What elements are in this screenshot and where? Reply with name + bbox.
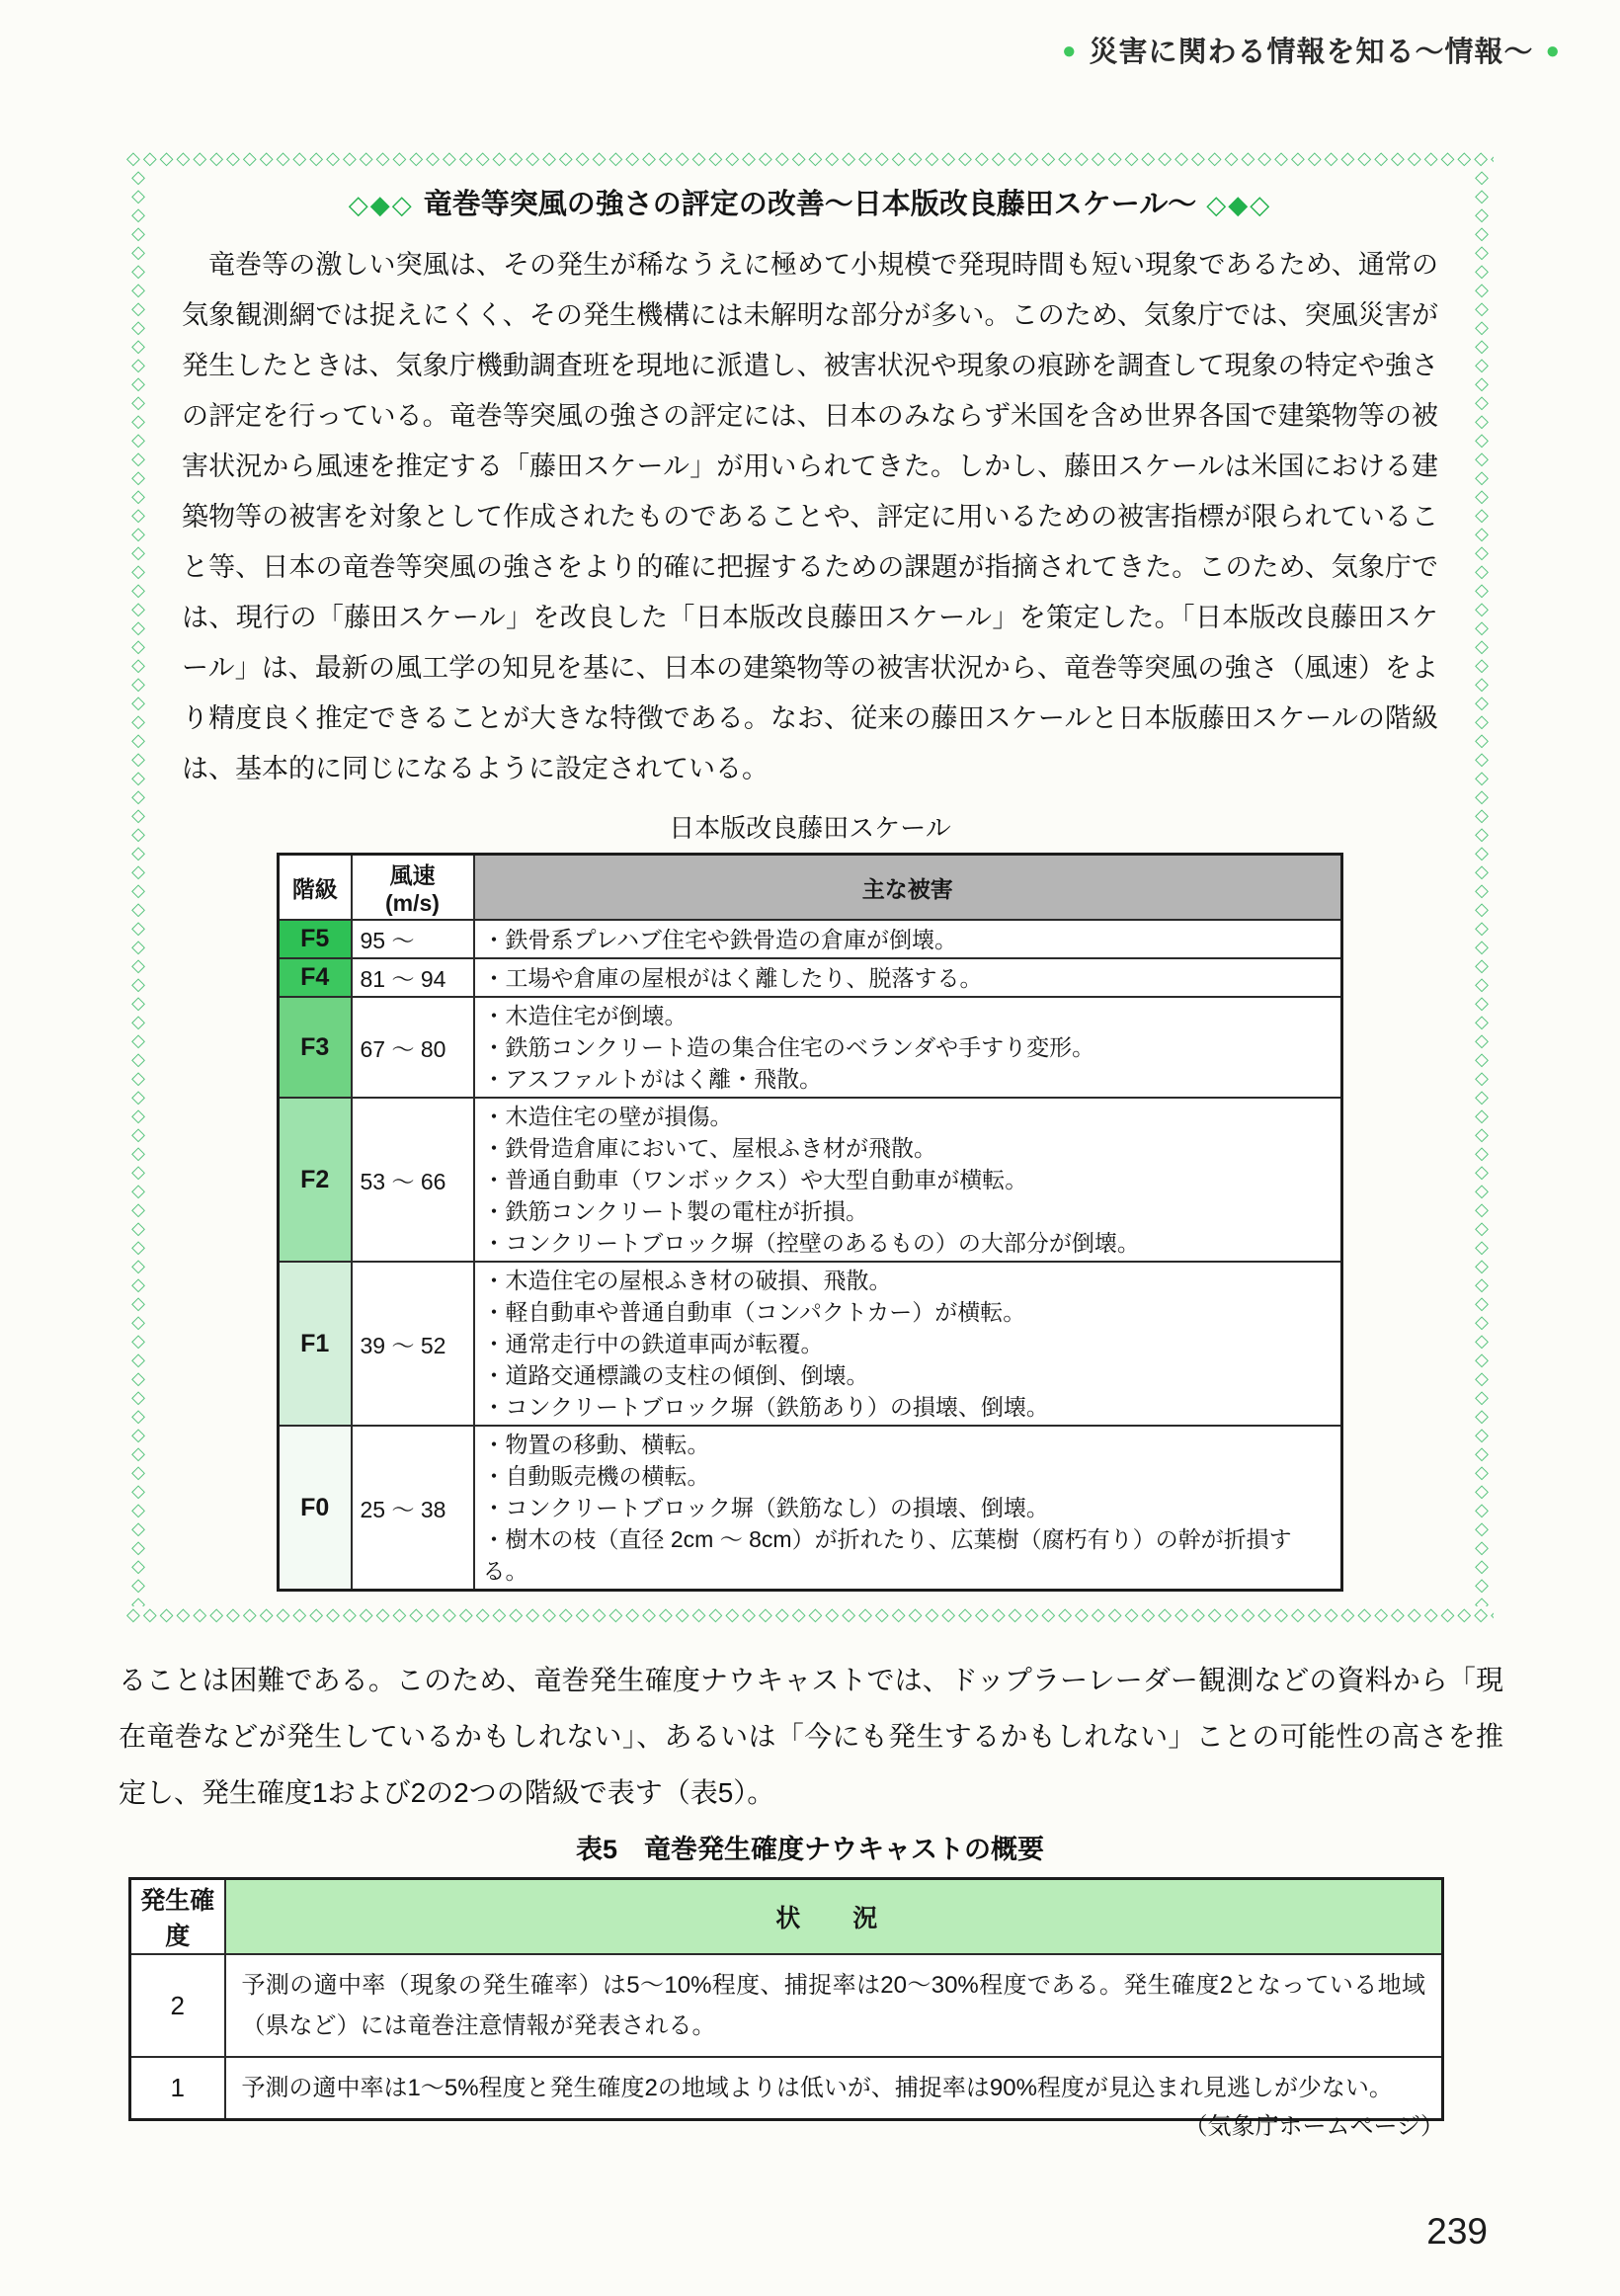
damage-cell: ・木造住宅の屋根ふき材の破損、飛散。・軽自動車や普通自動車（コンパクトカー）が横…: [474, 1262, 1342, 1426]
fujita-table-caption: 日本版改良藤田スケール: [182, 808, 1438, 845]
page-header: ●災害に関わる情報を知る～情報～●: [0, 30, 1573, 70]
grade-cell: F0: [279, 1426, 352, 1591]
frame-border-bottom: ◇◇◇◇◇◇◇◇◇◇◇◇◇◇◇◇◇◇◇◇◇◇◇◇◇◇◇◇◇◇◇◇◇◇◇◇◇◇◇◇…: [126, 1604, 1494, 1626]
damage-cell: ・物置の移動、横転。・自動販売機の横転。・コンクリートブロック塀（鉄筋なし）の損…: [474, 1426, 1342, 1591]
fujita-header-row: 階級 風速 (m/s) 主な被害: [279, 855, 1342, 921]
nowcast-table-row: 2予測の適中率（現象の発生確率）は5～10%程度、捕捉率は20～30%程度である…: [130, 1954, 1443, 2057]
grade-cell: F1: [279, 1262, 352, 1426]
damage-cell: ・鉄骨系プレハブ住宅や鉄骨造の倉庫が倒壊。: [474, 920, 1342, 958]
wind-speed-cell: 53 ～ 66: [352, 1098, 474, 1262]
fujita-table-row: F253 ～ 66・木造住宅の壁が損傷。・鉄骨造倉庫において、屋根ふき材が飛散。…: [279, 1098, 1342, 1262]
diamond-decor-icon: ◇◆◇: [349, 190, 414, 219]
frame-border-right: ◇◇◇◇◇◇◇◇◇◇◇◇◇◇◇◇◇◇◇◇◇◇◇◇◇◇◇◇◇◇◇◇◇◇◇◇◇◇◇◇…: [1470, 168, 1494, 1606]
damage-cell: ・工場や倉庫の屋根がはく離したり、脱落する。: [474, 958, 1342, 997]
probability-level-cell: 2: [130, 1954, 225, 2057]
box-title-text: 竜巻等突風の強さの評定の改善～日本版改良藤田スケール～: [424, 189, 1196, 220]
fujita-table-row: F025 ～ 38・物置の移動、横転。・自動販売機の横転。・コンクリートブロック…: [279, 1426, 1342, 1591]
fujita-scale-table: 階級 風速 (m/s) 主な被害 F595 ～・鉄骨系プレハブ住宅や鉄骨造の倉庫…: [277, 853, 1343, 1592]
page-number: 239: [1426, 2211, 1488, 2253]
header-wind-speed: 風速 (m/s): [352, 855, 474, 921]
grade-cell: F5: [279, 920, 352, 958]
decorative-diamond-frame: ◇◇◇◇◇◇◇◇◇◇◇◇◇◇◇◇◇◇◇◇◇◇◇◇◇◇◇◇◇◇◇◇◇◇◇◇◇◇◇◇…: [126, 148, 1494, 1626]
status-cell: 予測の適中率（現象の発生確率）は5～10%程度、捕捉率は20～30%程度である。…: [225, 1954, 1443, 2057]
fujita-table-row: F367 ～ 80・木造住宅が倒壊。・鉄筋コンクリート造の集合住宅のベランダや手…: [279, 997, 1342, 1098]
nowcast-header-row: 発生確度 状 況: [130, 1879, 1443, 1955]
damage-cell: ・木造住宅の壁が損傷。・鉄骨造倉庫において、屋根ふき材が飛散。・普通自動車（ワン…: [474, 1098, 1342, 1262]
box-paragraph: 竜巻等の激しい突風は、その発生が稀なうえに極めて小規模で発現時間も短い現象である…: [182, 240, 1438, 794]
grade-cell: F2: [279, 1098, 352, 1262]
wind-speed-cell: 25 ～ 38: [352, 1426, 474, 1591]
fujita-table-row: F595 ～・鉄骨系プレハブ住宅や鉄骨造の倉庫が倒壊。: [279, 920, 1342, 958]
grade-cell: F4: [279, 958, 352, 997]
page-header-title: 災害に関わる情報を知る～情報～: [1089, 37, 1533, 68]
grade-cell: F3: [279, 997, 352, 1098]
frame-border-left: ◇◇◇◇◇◇◇◇◇◇◇◇◇◇◇◇◇◇◇◇◇◇◇◇◇◇◇◇◇◇◇◇◇◇◇◇◇◇◇◇…: [126, 168, 150, 1606]
diamond-decor-icon: ◇◆◇: [1206, 190, 1271, 219]
nowcast-table-caption: 表5 竜巻発生確度ナウキャストの概要: [0, 1828, 1620, 1866]
header-grade: 階級: [279, 855, 352, 921]
header-main-damage: 主な被害: [474, 855, 1342, 921]
header-status: 状 況: [225, 1879, 1443, 1955]
green-dot-icon: ●: [1546, 38, 1562, 64]
body-paragraph: ることは困難である。このため、竜巻発生確度ナウキャストでは、ドップラーレーダー観…: [119, 1652, 1503, 1821]
damage-cell: ・木造住宅が倒壊。・鉄筋コンクリート造の集合住宅のベランダや手すり変形。・アスフ…: [474, 997, 1342, 1098]
frame-border-top: ◇◇◇◇◇◇◇◇◇◇◇◇◇◇◇◇◇◇◇◇◇◇◇◇◇◇◇◇◇◇◇◇◇◇◇◇◇◇◇◇…: [126, 148, 1494, 170]
frame-content: ◇◆◇竜巻等突風の強さの評定の改善～日本版改良藤田スケール～◇◆◇ 竜巻等の激し…: [182, 182, 1438, 1600]
wind-speed-cell: 81 ～ 94: [352, 958, 474, 997]
header-probability-level: 発生確度: [130, 1879, 225, 1955]
fujita-table-row: F139 ～ 52・木造住宅の屋根ふき材の破損、飛散。・軽自動車や普通自動車（コ…: [279, 1262, 1342, 1426]
fujita-table-row: F481 ～ 94・工場や倉庫の屋根がはく離したり、脱落する。: [279, 958, 1342, 997]
source-note: （気象庁ホームページ）: [0, 2106, 1444, 2141]
wind-speed-cell: 95 ～: [352, 920, 474, 958]
box-title: ◇◆◇竜巻等突風の強さの評定の改善～日本版改良藤田スケール～◇◆◇: [182, 182, 1438, 222]
wind-speed-cell: 67 ～ 80: [352, 997, 474, 1098]
nowcast-table: 発生確度 状 況 2予測の適中率（現象の発生確率）は5～10%程度、捕捉率は20…: [128, 1877, 1444, 2121]
wind-speed-cell: 39 ～ 52: [352, 1262, 474, 1426]
green-dot-icon: ●: [1062, 38, 1078, 64]
